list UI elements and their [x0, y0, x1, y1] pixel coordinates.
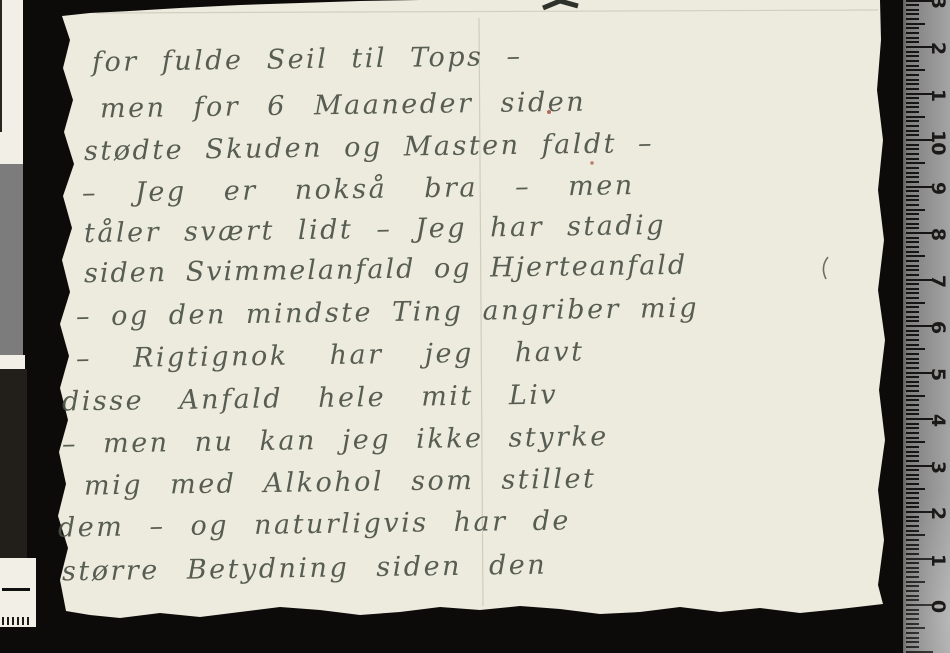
handwriting-line: for fulde Seil til Tops –: [92, 41, 523, 79]
ruler-tick: [906, 302, 925, 304]
ruler-tick: [906, 148, 919, 150]
ruler-tick: [906, 390, 919, 392]
ruler-number: 6: [927, 316, 949, 338]
ruler-tick: [906, 581, 925, 583]
handwriting-line: stødte Skuden og Masten faldt –: [84, 128, 655, 168]
ruler-tick: [906, 437, 919, 439]
ruler-tick: [906, 492, 919, 494]
ruler-tick: [906, 144, 919, 146]
ruler-tick: [906, 618, 919, 620]
ruler-tick: [906, 65, 919, 67]
ruler-tick: [906, 102, 919, 104]
ruler-tick: [906, 362, 919, 364]
ruler-tick: [906, 548, 919, 550]
ruler-tick: [906, 483, 919, 485]
ruler-tick: [906, 344, 919, 346]
handwriting-line: dem – og naturligvis har de: [58, 505, 571, 545]
ruler-tick: [906, 651, 933, 653]
ruler-tick: [906, 632, 919, 634]
ruler-number: 5: [927, 363, 949, 385]
ruler-tick: [906, 255, 925, 257]
ruler-tick: [906, 525, 919, 527]
ruler-tick: [906, 41, 919, 43]
ruler-tick: [906, 571, 919, 573]
ruler-tick: [906, 585, 919, 587]
ruler-tick: [906, 209, 925, 211]
ruler-tick: [906, 637, 919, 639]
ruler-tick: [906, 455, 919, 457]
ruler-number: 9: [927, 177, 949, 199]
handwriting-line: siden Svimmelanfald og Hjerteanfald: [84, 250, 688, 291]
handwriting-line: – og den mindste Ting angriber mig: [76, 293, 700, 334]
ruler-tick: [906, 9, 919, 11]
ruler-tick: [906, 502, 919, 504]
ruler-tick: [906, 609, 919, 611]
ruler-number: 4: [927, 409, 949, 431]
ruler-tick: [906, 32, 919, 34]
ruler-number: 3: [927, 0, 949, 13]
ruler-tick: [906, 227, 919, 229]
ruler-tick: [906, 567, 919, 569]
ruler-tick: [906, 13, 919, 15]
ruler-tick: [906, 213, 919, 215]
ruler-tick: [906, 497, 919, 499]
ruler-tick: [906, 111, 919, 113]
ruler-tick: [906, 162, 925, 164]
ruler-tick: [906, 311, 919, 313]
scanned-letter-photograph: for fulde Seil til Tops – men for 6 Maan…: [0, 0, 950, 653]
ruler-number: 1: [927, 549, 949, 571]
ruler-tick: [906, 506, 919, 508]
ruler-tick: [906, 199, 919, 201]
ruler-tick: [906, 367, 919, 369]
ruler-tick: [906, 627, 925, 629]
ruler-tick: [906, 530, 919, 532]
ruler-tick: [906, 562, 919, 564]
ruler-tick: [906, 153, 919, 155]
ruler-tick: [906, 265, 919, 267]
ruler-tick: [906, 190, 919, 192]
ruler-tick: [906, 88, 919, 90]
ruler-tick: [906, 18, 919, 20]
handwriting-line: disse Anfald hele mit Liv: [62, 380, 559, 419]
ruler-tick: [906, 451, 919, 453]
ruler-tick: [906, 223, 919, 225]
ruler-number: 3: [927, 456, 949, 478]
ruler-number: 10: [927, 130, 949, 152]
ruler-tick: [906, 172, 919, 174]
measurement-ruler: 321109876543210: [903, 0, 950, 653]
ruler-tick: [906, 106, 919, 108]
ruler-tick: [906, 83, 919, 85]
ruler-tick: [906, 167, 919, 169]
handwriting-line: tåler svært lidt – Jeg har stadig: [84, 210, 667, 251]
ruler-tick: [906, 409, 919, 411]
ruler-tick: [906, 134, 919, 136]
ruler-tick: [906, 334, 919, 336]
ruler-number: 2: [927, 502, 949, 524]
ruler-tick: [906, 381, 919, 383]
ruler-tick: [906, 539, 919, 541]
ruler-tick: [906, 339, 919, 341]
ruler-number: 2: [927, 37, 949, 59]
ruler-tick: [906, 23, 925, 25]
ruler-tick: [906, 283, 919, 285]
ruler-tick: [906, 353, 919, 355]
ruler-tick: [906, 27, 919, 29]
ruler-tick: [906, 74, 919, 76]
ruler-tick: [906, 116, 925, 118]
ruler-tick: [906, 623, 919, 625]
ruler-tick: [906, 376, 919, 378]
ruler-tick: [906, 423, 919, 425]
handwriting-line: – Jeg er nokså bra – men: [82, 170, 635, 210]
ruler-tick: [906, 478, 919, 480]
handwriting-line: men for 6 Maaneder siden: [100, 87, 587, 126]
ruler-tick: [906, 37, 919, 39]
ruler-tick: [906, 460, 919, 462]
ruler-tick: [906, 158, 919, 160]
ruler-tick: [906, 237, 919, 239]
ruler-tick: [906, 251, 919, 253]
handwriting-line: større Betydning siden den: [62, 550, 548, 589]
ruler-tick: [906, 385, 919, 387]
ruler-tick: [906, 241, 919, 243]
handwriting-line: – Rigtignok har jeg havt: [76, 336, 585, 375]
ruler-number: 1: [927, 84, 949, 106]
ruler-tick: [906, 130, 919, 132]
ruler-tick: [906, 97, 919, 99]
ruler-tick: [906, 204, 919, 206]
ruler-tick: [906, 395, 925, 397]
ruler-tick: [906, 641, 919, 643]
ruler-tick: [906, 516, 919, 518]
ruler-tick: [906, 613, 919, 615]
ruler-tick: [906, 441, 925, 443]
ruler-tick: [906, 446, 919, 448]
handwriting-line: mig med Alkohol som stillet: [84, 463, 597, 503]
ruler-tick: [906, 125, 919, 127]
ruler-tick: [906, 69, 925, 71]
ruler-tick: [906, 404, 919, 406]
ruler-tick: [906, 576, 919, 578]
ruler-tick: [906, 195, 919, 197]
ruler-tick: [906, 55, 919, 57]
ruler-number: 0: [927, 595, 949, 617]
ruler-tick: [906, 297, 919, 299]
ruler-tick: [906, 181, 919, 183]
ruler-tick: [906, 269, 919, 271]
ruler-tick: [906, 60, 919, 62]
ruler-tick: [906, 646, 919, 648]
ruler-number: 7: [927, 270, 949, 292]
ruler-tick: [906, 595, 919, 597]
ruler-tick: [906, 51, 919, 53]
ruler-tick: [906, 474, 919, 476]
ruler-tick: [906, 590, 919, 592]
ruler-tick: [906, 292, 919, 294]
ruler-tick: [906, 246, 919, 248]
handwriting-text: for fulde Seil til Tops – men for 6 Maan…: [0, 0, 950, 653]
ruler-tick: [906, 120, 919, 122]
ruler-tick: [906, 320, 919, 322]
ruler-tick: [906, 348, 925, 350]
ruler-tick: [906, 260, 919, 262]
ruler-tick: [906, 544, 919, 546]
ruler-tick: [906, 330, 919, 332]
handwriting-line: – men nu kan jeg ikke styrke: [62, 421, 609, 461]
ruler-tick: [906, 176, 919, 178]
ruler-tick: [906, 427, 919, 429]
ruler-tick: [906, 488, 925, 490]
ruler-tick: [906, 469, 919, 471]
ruler-tick: [906, 599, 919, 601]
ruler-tick: [906, 520, 919, 522]
ruler-tick: [906, 274, 919, 276]
ruler-tick: [906, 218, 919, 220]
ruler-number: 8: [927, 223, 949, 245]
ruler-tick: [906, 358, 919, 360]
ruler-tick: [906, 432, 919, 434]
ruler-tick: [906, 316, 919, 318]
ruler-tick: [906, 288, 919, 290]
ruler-tick: [906, 79, 919, 81]
ruler-tick: [906, 399, 919, 401]
ruler-tick: [906, 4, 919, 6]
ruler-tick: [906, 553, 919, 555]
ruler-tick: [906, 534, 925, 536]
ruler-tick: [906, 413, 919, 415]
ruler-tick: [906, 306, 919, 308]
